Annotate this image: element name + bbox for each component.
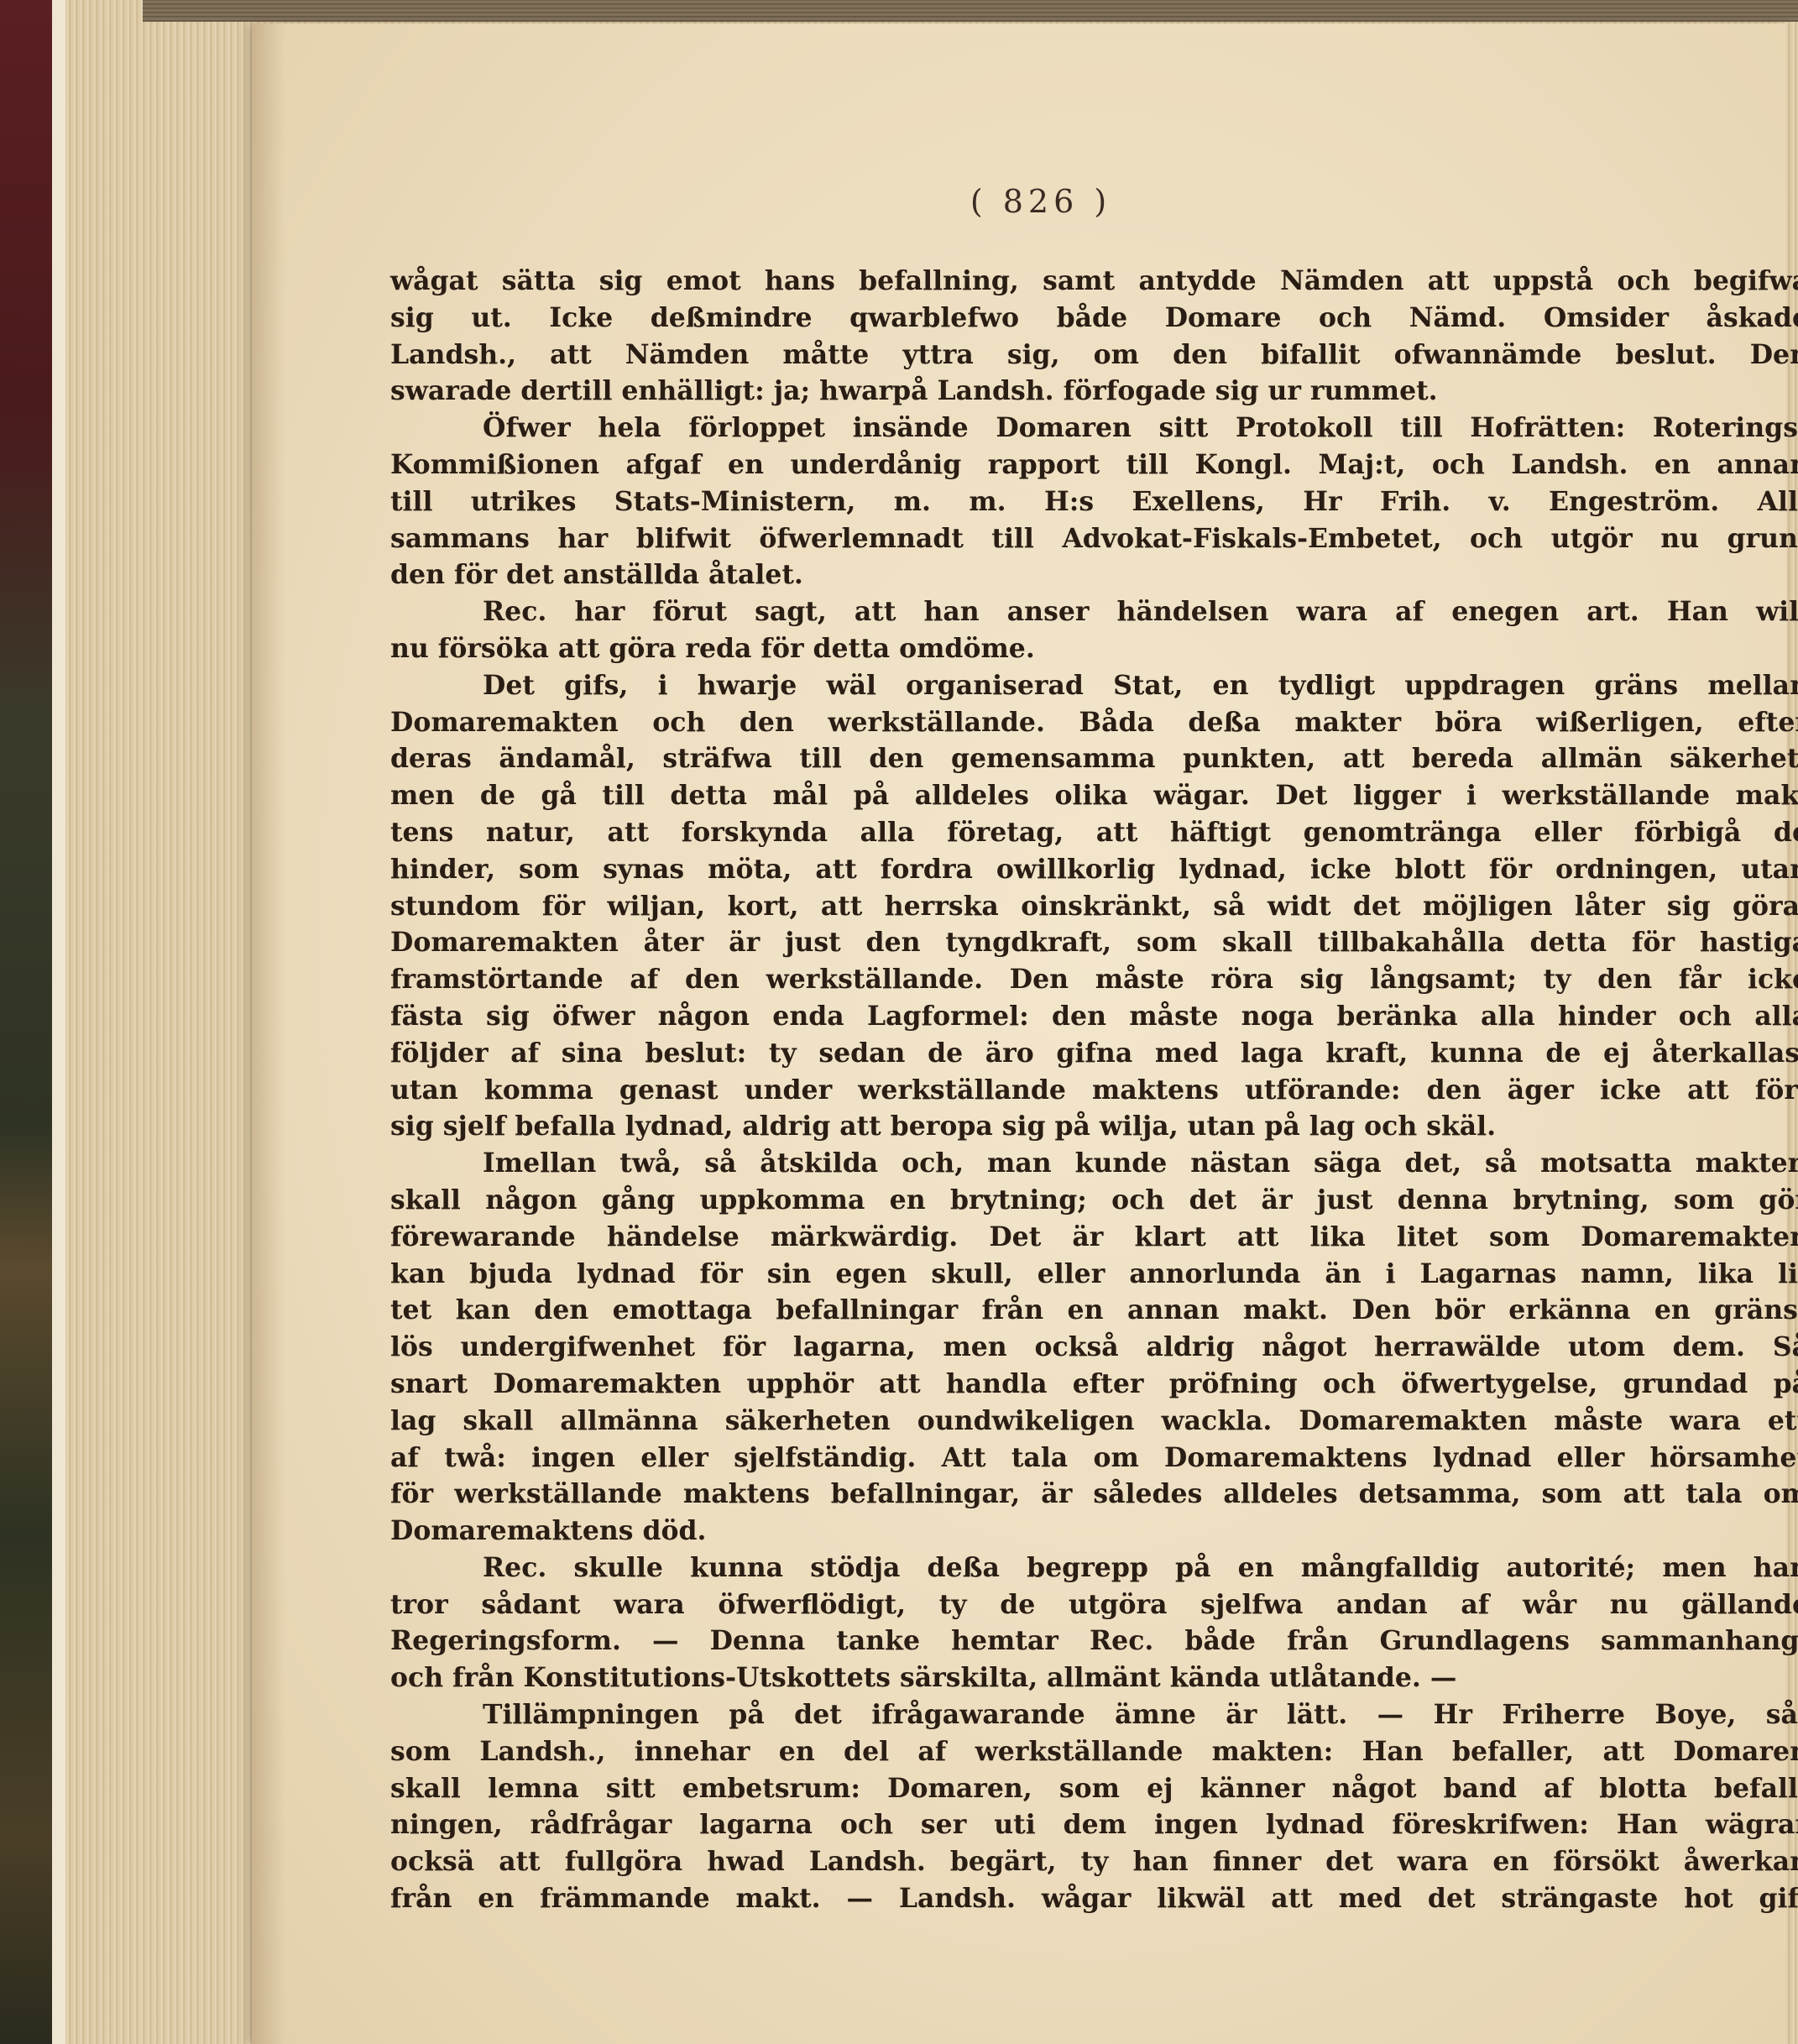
text-line: Domaremaktens död.: [390, 1513, 1798, 1550]
book-page: ( 826 ) wågat sätta sig emot hans befall…: [252, 24, 1786, 2044]
page-stack-top: [143, 0, 1798, 22]
text-line: skall någon gång uppkomma en brytning; o…: [390, 1182, 1798, 1219]
text-line: följder af sina beslut: ty sedan de äro …: [390, 1035, 1798, 1072]
text-line: från en främmande makt. — Landsh. wågar …: [390, 1880, 1798, 1917]
text-line: Tillämpningen på det ifrågawarande ämne …: [390, 1696, 1798, 1733]
text-line: men de gå till detta mål på alldeles oli…: [390, 777, 1798, 814]
page-number: ( 826 ): [957, 183, 1125, 220]
text-line: Regeringsform. — Denna tanke hemtar Rec.…: [390, 1623, 1798, 1660]
text-line: sig ut. Icke deßmindre qwarblefwo både D…: [390, 300, 1798, 337]
text-line: framstörtande af den werkställande. Den …: [390, 961, 1798, 998]
text-line: stundom för wiljan, kort, att herrska oi…: [390, 888, 1798, 925]
text-line: Öfwer hela förloppet insände Domaren sit…: [390, 410, 1798, 447]
body-text: wågat sätta sig emot hans befallning, sa…: [390, 263, 1798, 1917]
text-line: till utrikes Stats-Ministern, m. m. H:s …: [390, 484, 1798, 520]
text-line: och från Konstitutions-Utskottets särski…: [390, 1660, 1798, 1696]
text-line: den för det anställda åtalet.: [390, 557, 1798, 593]
text-line: tens natur, att forskynda alla företag, …: [390, 814, 1798, 851]
text-line: hinder, som synas möta, att fordra owill…: [390, 851, 1798, 888]
text-line: Kommißionen afgaf en underdånig rapport …: [390, 447, 1798, 484]
text-line: lag skall allmänna säkerheten oundwikeli…: [390, 1403, 1798, 1440]
text-line: tet kan den emottaga befallningar från e…: [390, 1292, 1798, 1329]
text-line: som Landsh., innehar en del af werkställ…: [390, 1733, 1798, 1770]
text-line: utan komma genast under werkställande ma…: [390, 1072, 1798, 1109]
text-line: Domaremakten och den werkställande. Båda…: [390, 704, 1798, 741]
text-line: fästa sig öfwer någon enda Lagformel: de…: [390, 998, 1798, 1035]
book-cover: [0, 0, 52, 2044]
cover-edge: [52, 0, 65, 2044]
gutter-shadow: [252, 24, 285, 2044]
text-line: Rec. har förut sagt, att han anser hände…: [390, 593, 1798, 630]
text-line: nu försöka att göra reda för detta omdöm…: [390, 630, 1798, 667]
text-line: Det gifs, i hwarje wäl organiserad Stat,…: [390, 667, 1798, 704]
text-line: wågat sätta sig emot hans befallning, sa…: [390, 263, 1798, 300]
text-line: tror sådant wara öfwerflödigt, ty de utg…: [390, 1587, 1798, 1623]
text-line: kan bjuda lydnad för sin egen skull, ell…: [390, 1256, 1798, 1293]
text-line: Imellan twå, så åtskilda och, man kunde …: [390, 1145, 1798, 1182]
text-line: förewarande händelse märkwärdig. Det är …: [390, 1219, 1798, 1256]
text-line: snart Domaremakten upphör att handla eft…: [390, 1366, 1798, 1403]
text-line: skall lemna sitt embetsrum: Domaren, som…: [390, 1770, 1798, 1807]
text-line: sig sjelf befalla lydnad, aldrig att ber…: [390, 1108, 1798, 1145]
text-line: swarade dertill enhälligt: ja; hwarpå La…: [390, 373, 1798, 410]
text-line: lös undergifwenhet för lagarna, men ocks…: [390, 1329, 1798, 1366]
text-line: Domaremakten åter är just den tyngdkraft…: [390, 924, 1798, 961]
text-line: sammans har blifwit öfwerlemnadt till Ad…: [390, 520, 1798, 557]
text-line: ningen, rådfrågar lagarna och ser uti de…: [390, 1806, 1798, 1843]
text-line: Rec. skulle kunna stödja deßa begrepp på…: [390, 1550, 1798, 1587]
text-line: af twå: ingen eller sjelfständig. Att ta…: [390, 1440, 1798, 1477]
text-line: för werkställande maktens befallningar, …: [390, 1476, 1798, 1513]
text-line: ocksä att fullgöra hwad Landsh. begärt, …: [390, 1843, 1798, 1880]
text-line: Landsh., att Nämden måtte yttra sig, om …: [390, 337, 1798, 374]
text-line: deras ändamål, sträfwa till den gemensam…: [390, 740, 1798, 777]
